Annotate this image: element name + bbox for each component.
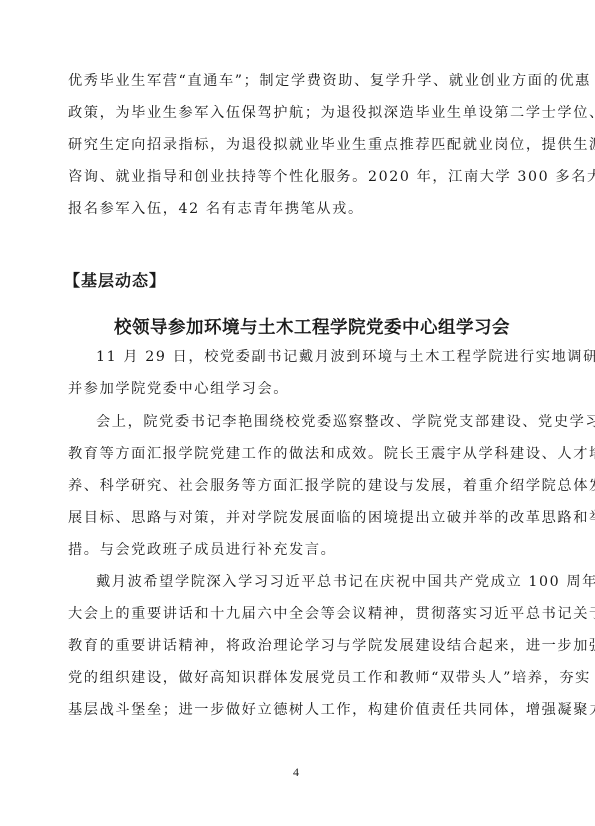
text-line: 并参加学院党委中心组学习会。 — [68, 380, 530, 398]
text-line: 优秀毕业生军营“直通车”；制定学费资助、复学升学、就业创业方面的优惠 — [68, 72, 530, 90]
text-line: 咨询、就业指导和创业扶持等个性化服务。2020 年，江南大学 300 多名大学生 — [68, 168, 530, 186]
text-line: 教育的重要讲话精神，将政治理论学习与学院发展建设结合起来，进一步加强 — [68, 637, 530, 655]
text-line: 研究生定向招录指标，为退役拟就业毕业生重点推荐匹配就业岗位，提供生涯 — [68, 136, 530, 154]
text-line: 会上，院党委书记李艳围绕校党委巡察整改、学院党支部建设、党史学习 — [96, 413, 530, 431]
text-line: 教育等方面汇报学院党建工作的做法和成效。院长王震宇从学科建设、人才培 — [68, 445, 530, 463]
text-line: 党的组织建设，做好高知识群体发展党员工作和教师“双带头人”培养，夯实 — [68, 669, 530, 687]
text-line: 政策，为毕业生参军入伍保驾护航；为退役拟深造毕业生单设第二学士学位、 — [68, 104, 530, 122]
section-heading: 【基层动态】 — [64, 268, 166, 291]
text-line: 措。与会党政班子成员进行补充发言。 — [68, 541, 530, 559]
text-line: 戴月波希望学院深入学习习近平总书记在庆祝中国共产党成立 100 周年 — [96, 573, 530, 591]
article-title: 校领导参加环境与土木工程学院党委中心组学习会 — [114, 314, 510, 339]
text-line: 11 月 29 日，校党委副书记戴月波到环境与土木工程学院进行实地调研， — [96, 348, 530, 366]
text-line: 养、科学研究、社会服务等方面汇报学院的建设与发展，着重介绍学院总体发 — [68, 477, 530, 495]
text-line: 大会上的重要讲话和十九届六中全会等会议精神，贯彻落实习近平总书记关于 — [68, 605, 530, 623]
text-line: 基层战斗堡垒；进一步做好立德树人工作，构建价值责任共同体，增强凝聚力， — [68, 701, 530, 719]
text-line: 报名参军入伍，42 名有志青年携笔从戎。 — [68, 200, 530, 218]
text-line: 展目标、思路与对策，并对学院发展面临的困境提出立破并举的改革思路和举 — [68, 509, 530, 527]
page-number: 4 — [293, 765, 299, 780]
